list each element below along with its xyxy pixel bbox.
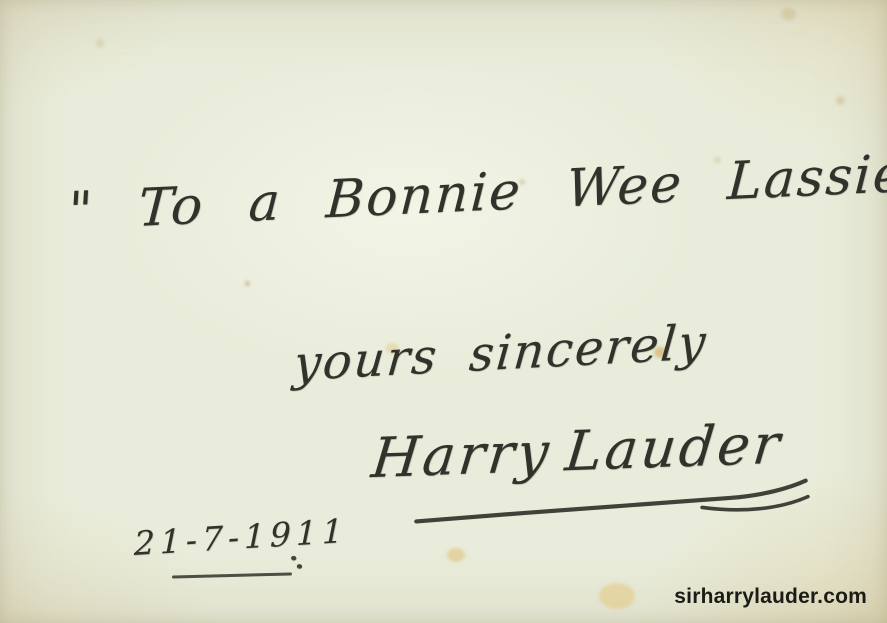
closing-text: yours sincerely	[292, 314, 710, 392]
stain-spot	[245, 281, 250, 286]
stain-spot	[781, 8, 796, 20]
signature-underline-flourish	[412, 472, 815, 531]
watermark-text: sirharrylauder.com	[674, 585, 867, 609]
autograph-card-photo: " To a Bonnie Wee Lassie " yours sincere…	[0, 0, 887, 623]
stain-spot	[96, 38, 104, 48]
date-underline	[172, 572, 292, 578]
dedication-text: " To a Bonnie Wee Lassie "	[66, 141, 887, 242]
stain-spot	[447, 548, 465, 562]
stain-spot	[599, 583, 635, 609]
stain-spot	[836, 96, 845, 105]
